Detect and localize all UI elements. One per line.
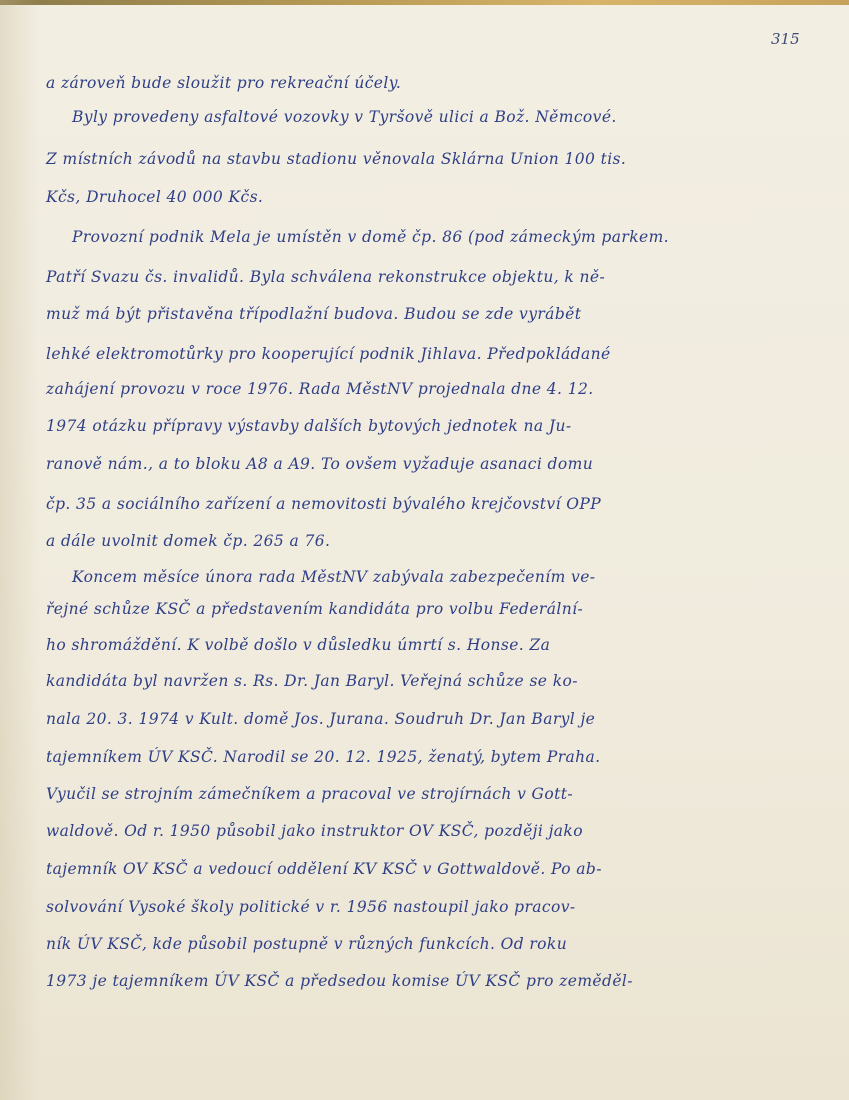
text-line: 1974 otázku přípravy výstavby dalších by… bbox=[46, 417, 572, 435]
text-line: Vyučil se strojním zámečníkem a pracoval… bbox=[46, 785, 573, 803]
text-line: tajemník OV KSČ a vedoucí oddělení KV KS… bbox=[46, 860, 602, 878]
text-line: ranově nám., a to bloku A8 a A9. To ovše… bbox=[46, 455, 593, 473]
text-line: Patří Svazu čs. invalidů. Byla schválena… bbox=[46, 268, 605, 286]
text-line: a zároveň bude sloužit pro rekreační úče… bbox=[46, 74, 401, 92]
page-number: 315 bbox=[771, 30, 800, 48]
text-line: Kčs, Druhocel 40 000 Kčs. bbox=[46, 188, 263, 206]
text-line: solvování Vysoké školy politické v r. 19… bbox=[46, 898, 576, 916]
text-line: Koncem měsíce února rada MěstNV zabývala… bbox=[72, 568, 595, 586]
page-top-edge bbox=[0, 0, 849, 5]
text-line: čp. 35 a sociálního zařízení a nemovitos… bbox=[46, 495, 601, 513]
text-line: tajemníkem ÚV KSČ. Narodil se 20. 12. 19… bbox=[46, 748, 601, 766]
text-line: Provozní podnik Mela je umístěn v domě č… bbox=[72, 228, 669, 246]
text-line: muž má být přistavěna třípodlažní budova… bbox=[46, 305, 581, 323]
text-line: zahájení provozu v roce 1976. Rada MěstN… bbox=[46, 380, 594, 398]
page-binding-shadow bbox=[0, 0, 40, 1100]
text-line: waldově. Od r. 1950 působil jako instruk… bbox=[46, 822, 583, 840]
text-line: kandidáta byl navržen s. Rs. Dr. Jan Bar… bbox=[46, 672, 578, 690]
text-line: lehké elektromotůrky pro kooperující pod… bbox=[46, 345, 611, 363]
text-line: a dále uvolnit domek čp. 265 a 76. bbox=[46, 532, 330, 550]
text-line: ník ÚV KSČ, kde působil postupně v různý… bbox=[46, 935, 567, 953]
text-line: nala 20. 3. 1974 v Kult. domě Jos. Juran… bbox=[46, 710, 595, 728]
manuscript-page: 315 a zároveň bude sloužit pro rekreační… bbox=[0, 0, 849, 1100]
text-line: Byly provedeny asfaltové vozovky v Tyršo… bbox=[72, 108, 617, 126]
text-line: řejné schůze KSČ a představením kandidát… bbox=[46, 600, 583, 618]
text-line: Z místních závodů na stavbu stadionu věn… bbox=[46, 150, 626, 168]
text-line: ho shromáždění. K volbě došlo v důsledku… bbox=[46, 636, 550, 654]
text-line: 1973 je tajemníkem ÚV KSČ a předsedou ko… bbox=[46, 972, 633, 990]
